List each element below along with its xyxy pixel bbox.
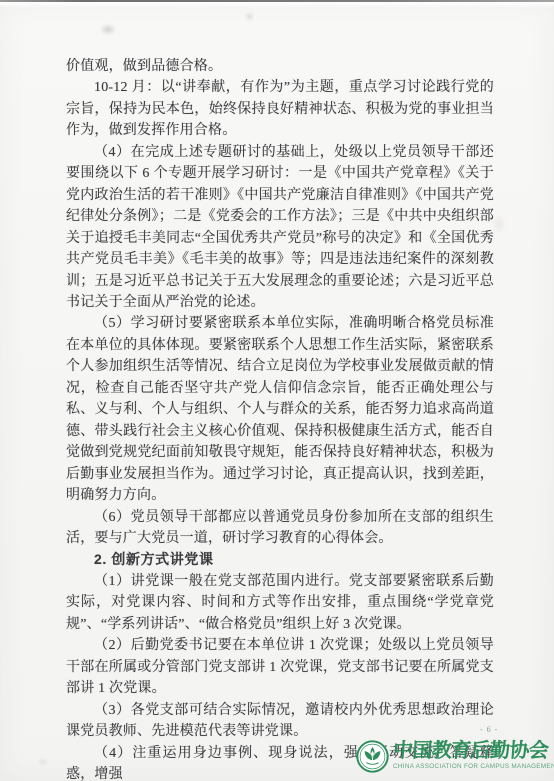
page-number: - 6 - <box>480 725 498 734</box>
scan-smudge <box>100 24 116 35</box>
association-emblem-icon <box>356 740 389 773</box>
document-paragraph: （1）讲党课一般在党支部范围内进行。党支部要紧密联系后勤实际，对党课内容、时间和… <box>66 571 494 635</box>
document-paragraph: （2）后勤党委书记要在本单位讲 1 次党课；处级以上党员领导干部在所属或分管部门… <box>66 635 494 699</box>
association-name-en: CHINA ASSOCIATION FOR CAMPUS MANAGEMENT <box>393 763 554 770</box>
scan-top-glow <box>0 2 554 8</box>
document-paragraph: （4）在完成上述专题研讨的基础上，处级以上党员领导干部还要围绕以下 6 个专题开… <box>66 142 494 314</box>
document-paragraph: 价值观，做到品德合格。 <box>66 56 494 77</box>
document-body: 价值观，做到品德合格。10-12 月：以“讲奉献，有作为”为主题，重点学习讨论践… <box>66 56 494 781</box>
document-paragraph: （5）学习研讨要紧密联系本单位实际，准确明晰合格党员标准在本单位的具体体现。要紧… <box>66 313 494 506</box>
scan-smudge <box>492 214 506 234</box>
document-paragraph: （6）党员领导干部都应以普通党员身份参加所在支部的组织生活，要与广大党员一道，研… <box>66 507 494 550</box>
association-logo-text: 中国教育后勤协会 CHINA ASSOCIATION FOR CAMPUS MA… <box>393 740 554 770</box>
scan-smudge <box>38 758 48 766</box>
document-paragraph: （3）各党支部可结合实际情况，邀请校内外优秀思想政治理论课党员教师、先进模范代表… <box>66 700 494 743</box>
association-name-cn: 中国教育后勤协会 <box>392 741 554 762</box>
document-paragraph: 10-12 月：以“讲奉献，有作为”为主题，重点学习讨论践行党的宗旨，保持为民本… <box>66 77 494 141</box>
scan-smudge <box>245 12 254 21</box>
document-paragraph: 2. 创新方式讲党课 <box>66 549 494 570</box>
scanned-document-page: 价值观，做到品德合格。10-12 月：以“讲奉献，有作为”为主题，重点学习讨论践… <box>0 0 554 781</box>
association-logo: 中国教育后勤协会 CHINA ASSOCIATION FOR CAMPUS MA… <box>356 740 554 773</box>
